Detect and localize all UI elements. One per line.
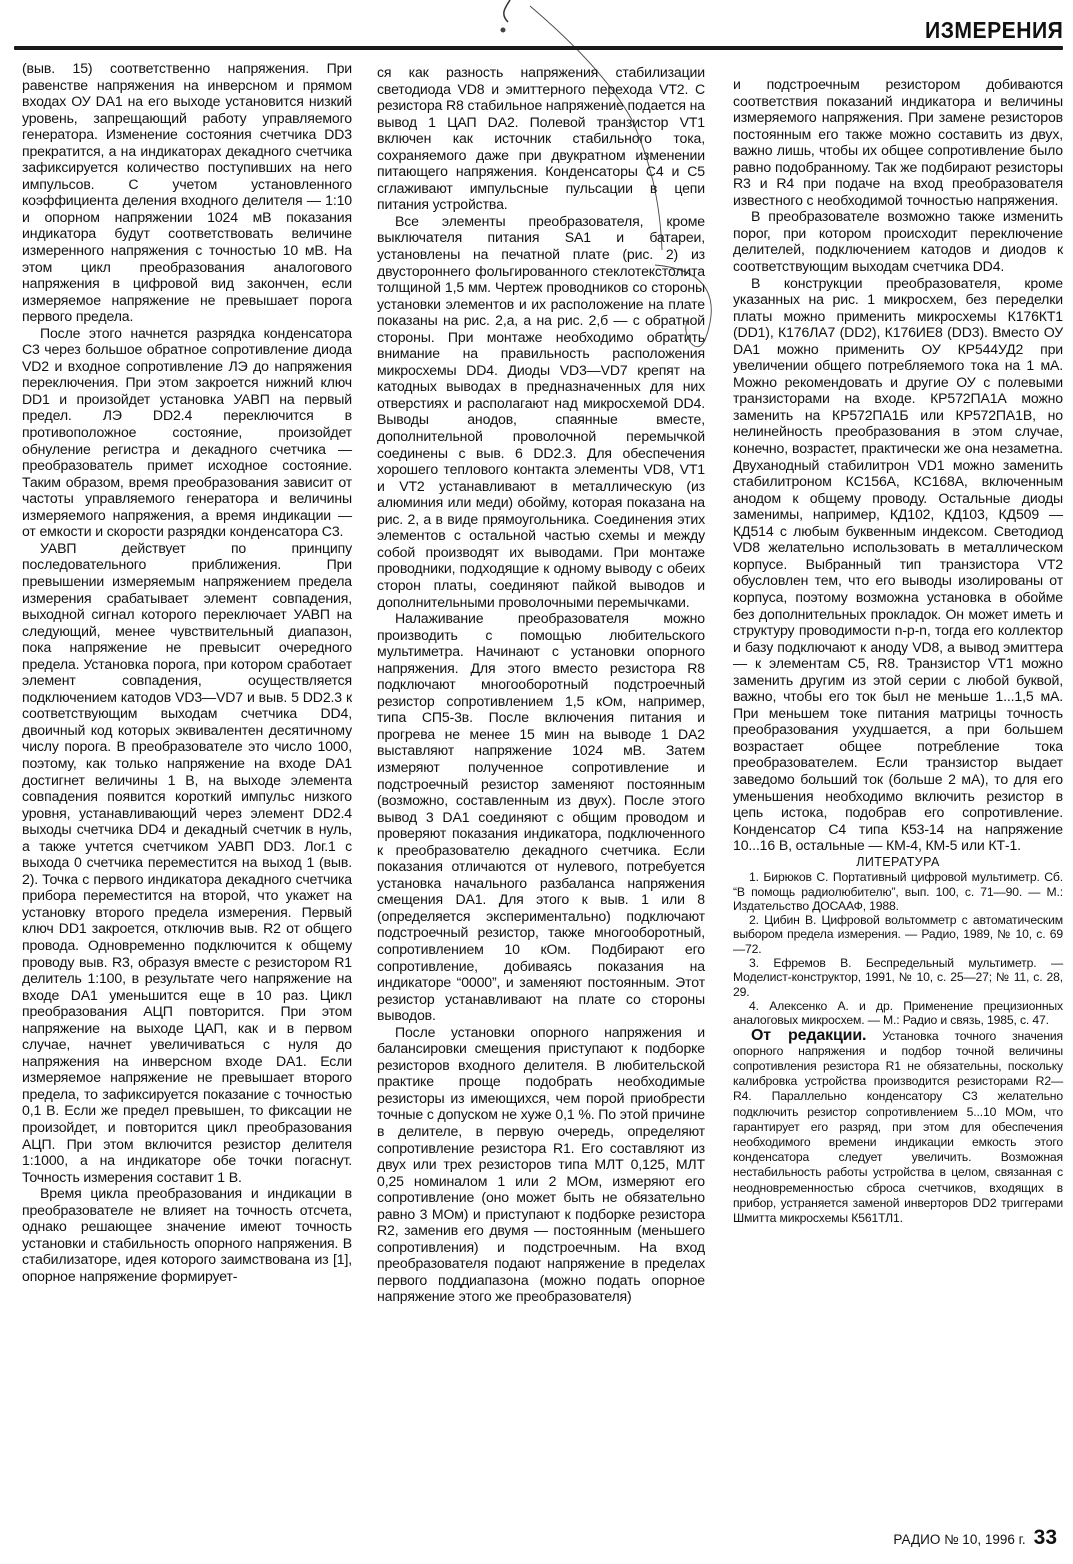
paragraph: В конструкции преобразователя, кроме ука… [733, 275, 1063, 854]
editor-note: От редакции. Установка точного значения … [733, 1028, 1063, 1227]
editor-note-text: Установка точного значения опорного напр… [733, 1029, 1063, 1225]
page-footer: РАДИО № 10, 1996 г. 33 [893, 1526, 1057, 1550]
text-column-3: и подстроечным резистором добиваются соо… [733, 76, 1063, 1226]
references-heading: ЛИТЕРАТУРА [733, 854, 1063, 871]
paragraph: Все элементы преобразователя, кроме выкл… [377, 213, 705, 610]
text-column-1: (выв. 15) соответственно напряжения. При… [22, 60, 352, 1284]
paragraph: Налаживание преобразователя можно произв… [377, 610, 705, 1024]
paragraph: В преобразователе возможно также изменит… [733, 208, 1063, 274]
section-title: ИЗМЕРЕНИЯ [925, 17, 1063, 44]
paragraph: После этого начнется разрядка конденсато… [22, 325, 352, 540]
paragraph: УАВП действует по принципу последователь… [22, 540, 352, 1185]
editor-note-lead: От редакции. [751, 1027, 866, 1044]
paragraph: После установки опорного напряжения и ба… [377, 1024, 705, 1305]
text-column-2: ся как разность напряжения стабилизации … [377, 64, 705, 1305]
reference-item: 3. Ефремов В. Беспредельный мультиметр. … [733, 956, 1063, 999]
publication-info: РАДИО № 10, 1996 г. [893, 1532, 1025, 1547]
paragraph: Время цикла преобразования и индикации в… [22, 1185, 352, 1284]
paragraph: ся как разность напряжения стабилизации … [377, 64, 705, 213]
references-list: 1. Бирюков С. Портативный цифровой мульт… [733, 870, 1063, 1027]
paragraph: (выв. 15) соответственно напряжения. При… [22, 60, 352, 325]
reference-item: 4. Алексенко А. и др. Применение прецизи… [733, 999, 1063, 1028]
reference-item: 2. Цибин В. Цифровой вольтомметр с автом… [733, 913, 1063, 956]
paragraph: и подстроечным резистором добиваются соо… [733, 76, 1063, 208]
page-number: 33 [1034, 1526, 1057, 1550]
header-rule [14, 46, 1063, 50]
reference-item: 1. Бирюков С. Портативный цифровой мульт… [733, 870, 1063, 913]
